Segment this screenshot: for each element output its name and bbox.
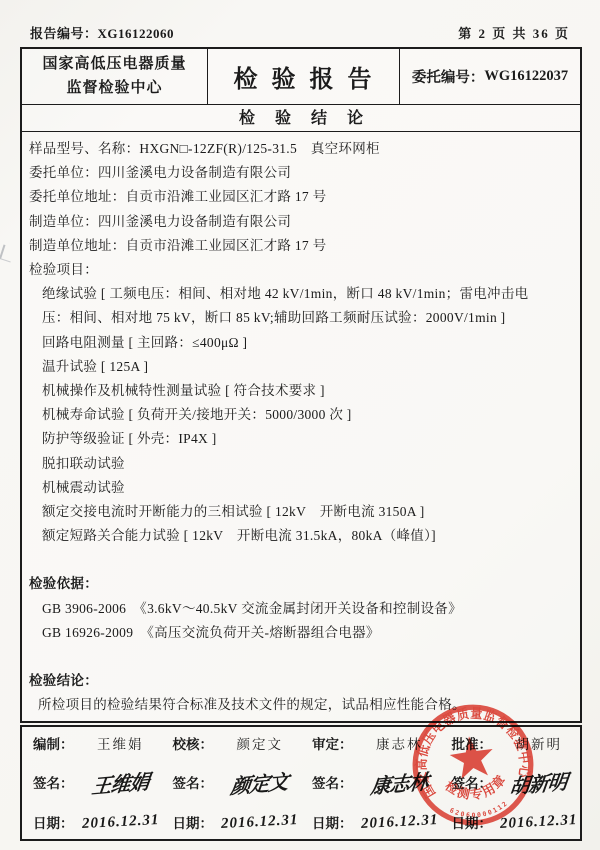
section-title: 检验结论 [22, 105, 580, 132]
report-line: 额定交接电流时开断能力的三相试验 [ 12kV 开断电流 3150A ] [29, 500, 574, 524]
report-page: 报告编号：XG16122060 第 2 页 共 36 页 国家高低压电器质量 监… [0, 0, 600, 850]
report-line: 机械震动试验 [29, 476, 574, 500]
approval-group-checked: 校核： 颜定文 [162, 733, 302, 753]
handwritten-signature: 康志林 [369, 765, 429, 799]
date-group: 日期： 2016.12.31 [301, 812, 441, 832]
approval-dates-row: 日期： 2016.12.31 日期： 2016.12.31 日期： 2016.1… [22, 805, 580, 839]
role-name: 颜定文 [219, 733, 302, 753]
handwritten-date: 2016.12.31 [500, 811, 578, 832]
handwritten-signature: 颜定文 [230, 765, 290, 799]
role-name: 王维娟 [79, 733, 162, 753]
report-line: 压：相间、相对地 75 kV，断口 85 kV;辅助回路工频耐压试验：2000V… [29, 306, 574, 330]
date-label: 日期： [162, 812, 219, 832]
issuing-organization: 国家高低压电器质量 监督检验中心 [22, 49, 208, 104]
signature-label: 签名： [441, 772, 498, 792]
report-line: 检验结论： [29, 669, 574, 693]
report-header-row: 国家高低压电器质量 监督检验中心 检验报告 委托编号：WG16122037 [22, 49, 580, 105]
role-name: 康志林 [358, 733, 441, 753]
report-body: 样品型号、名称：HXGN□-12ZF(R)/125-31.5 真空环网柜 委托单… [22, 132, 580, 717]
signature-group: 签名： 颜定文 [162, 768, 302, 797]
handwritten-signature: 胡新明 [509, 765, 569, 799]
role-label: 批准： [441, 733, 498, 753]
consignment-number: 委托编号：WG16122037 [400, 49, 580, 104]
report-line: 防护等级验证 [ 外壳：IP4X ] [29, 427, 574, 451]
approval-table: 编制： 王维娟 校核： 颜定文 审定： 康志林 批准： 胡新明 签名： 王维娟 [20, 725, 582, 841]
report-line: 制造单位地址：自贡市沿滩工业园区汇才路 17 号 [29, 234, 574, 258]
handwritten-date: 2016.12.31 [81, 811, 159, 832]
signature-group: 签名： 王维娟 [22, 768, 162, 797]
report-line: 脱扣联动试验 [29, 452, 574, 476]
role-label: 审定： [301, 733, 358, 753]
date-label: 日期： [441, 812, 498, 832]
report-line: 额定短路关合能力试验 [ 12kV 开断电流 31.5kA，80kA（峰值）] [29, 524, 574, 548]
page-indicator: 第 2 页 共 36 页 [458, 23, 570, 42]
report-number: 报告编号：XG16122060 [30, 23, 174, 42]
report-number-label: 报告编号： [30, 26, 98, 41]
report-line: 机械操作及机械特性测量试验 [ 符合技术要求 ] [29, 379, 574, 403]
handwritten-date: 2016.12.31 [221, 811, 299, 832]
handwritten-date: 2016.12.31 [360, 811, 438, 832]
approval-roles-row: 编制： 王维娟 校核： 颜定文 审定： 康志林 批准： 胡新明 [22, 727, 580, 759]
report-line: 回路电阻测量 [ 主回路：≤400μΩ ] [29, 331, 574, 355]
signature-label: 签名： [301, 772, 358, 792]
report-line: 制造单位：四川釜溪电力设备制造有限公司 [29, 210, 574, 234]
approval-group-approved: 批准： 胡新明 [441, 733, 581, 753]
report-line: 委托单位：四川釜溪电力设备制造有限公司 [29, 161, 574, 185]
report-line: 所检项目的检验结果符合标准及技术文件的规定，试品相应性能合格。 [29, 693, 574, 717]
report-line: 检验项目： [29, 258, 574, 282]
org-name-line2: 监督检验中心 [66, 77, 162, 100]
role-name: 胡新明 [498, 733, 581, 753]
date-group: 日期： 2016.12.31 [162, 812, 302, 832]
report-number-value: XG16122060 [98, 26, 175, 41]
scan-artifact-mark [0, 245, 15, 263]
report-line: GB 3906-2006 《3.6kV～40.5kV 交流金属封闭开关设备和控制… [29, 597, 574, 621]
date-label: 日期： [301, 812, 358, 832]
org-name-line1: 国家高低压电器质量 [42, 53, 186, 76]
signature-label: 签名： [22, 772, 79, 792]
date-label: 日期： [22, 812, 79, 832]
report-line: 样品型号、名称：HXGN□-12ZF(R)/125-31.5 真空环网柜 [29, 137, 574, 161]
role-label: 校核： [162, 733, 219, 753]
date-group: 日期： 2016.12.31 [22, 812, 162, 832]
signature-group: 签名： 康志林 [301, 768, 441, 797]
signature-label: 签名： [162, 772, 219, 792]
approval-group-reviewed: 审定： 康志林 [301, 733, 441, 753]
handwritten-signature: 王维娟 [90, 765, 150, 799]
report-table: 国家高低压电器质量 监督检验中心 检验报告 委托编号：WG16122037 检验… [20, 47, 582, 723]
report-line: GB 16926-2009 《高压交流负荷开关-熔断器组合电器》 [29, 621, 574, 645]
approval-signatures-row: 签名： 王维娟 签名： 颜定文 签名： 康志林 签名： 胡新明 [22, 759, 580, 805]
body-gap [29, 645, 574, 669]
report-line: 绝缘试验 [ 工频电压：相间、相对地 42 kV/1min，断口 48 kV/1… [29, 282, 574, 306]
report-line: 委托单位地址：自贡市沿滩工业园区汇才路 17 号 [29, 185, 574, 209]
consignment-number-label: 委托编号： [412, 66, 485, 87]
body-gap [29, 548, 574, 572]
report-line: 温升试验 [ 125A ] [29, 355, 574, 379]
role-label: 编制： [22, 733, 79, 753]
signature-group: 签名： 胡新明 [441, 768, 581, 797]
report-line: 检验依据： [29, 572, 574, 596]
consignment-number-value: WG16122037 [484, 68, 568, 85]
report-title: 检验报告 [208, 49, 400, 104]
report-line: 机械寿命试验 [ 负荷开关/接地开关：5000/3000 次 ] [29, 403, 574, 427]
approval-group-prepared: 编制： 王维娟 [22, 733, 162, 753]
date-group: 日期： 2016.12.31 [441, 812, 581, 832]
